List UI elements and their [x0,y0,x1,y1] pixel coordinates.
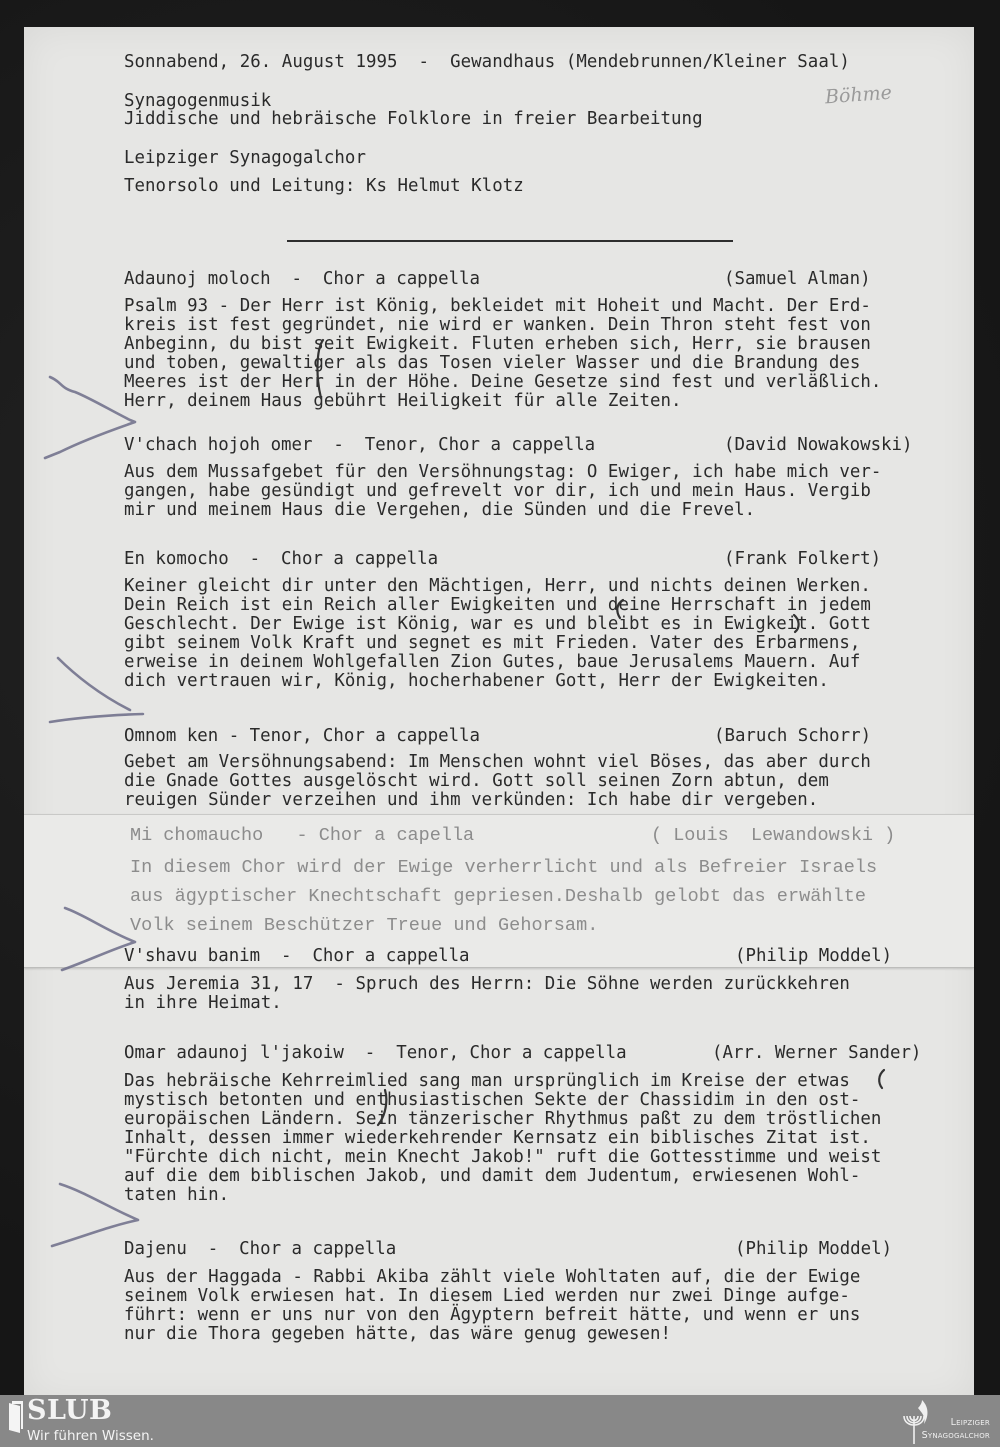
separator-rule [287,240,733,242]
piece-heading: Adaunoj moloch - Chor a cappella(Samuel … [124,269,964,291]
piece-description-line: Volk seinem Beschützer Treue und Gehorsa… [130,911,598,940]
collection-name: Leipziger Synagogalchor [922,1416,990,1442]
piece-description-line: taten hin. [124,1186,229,1205]
piece-composer: ( Louis Lewandowski ) [651,825,895,846]
piece-description-line: Aus dem Mussafgebet für den Versöhnungst… [124,463,881,482]
piece-title: V'shavu banim - Chor a cappella [124,946,470,966]
piece-description-line: Dein Reich ist ein Reich aller Ewigkeite… [124,596,871,615]
piece-description-line: Anbeginn, du bist seit Ewigkeit. Fluten … [124,335,871,354]
piece-heading: Dajenu - Chor a cappella(Philip Moddel) [124,1239,964,1261]
piece-description-line: Geschlecht. Der Ewige ist König, war es … [124,615,871,634]
piece-description-line: In diesem Chor wird der Ewige verherrlic… [130,853,877,882]
piece-description-line: nur die Thora gegeben hätte, das wäre ge… [124,1325,671,1344]
piece-composer: (Arr. Werner Sander) [712,1043,921,1063]
piece-description-line: "Fürchte dich nicht, mein Knecht Jakob!"… [124,1148,881,1167]
piece-description-line: führt: wenn er uns nur von den Ägyptern … [124,1306,860,1325]
piece-title: Dajenu - Chor a cappella [124,1239,396,1259]
piece-description-line: in ihre Heimat. [124,994,282,1013]
collection-name-line2: Synagogalchor [922,1429,990,1442]
piece-description-line: Keiner gleicht dir unter den Mächtigen, … [124,577,871,596]
piece-description-line: Inhalt, dessen immer wiederkehrender Ker… [124,1129,871,1148]
piece-description-line: Psalm 93 - Der Herr ist König, bekleidet… [124,297,871,316]
piece-description-line: mir und meinem Haus die Vergehen, die Sü… [124,501,755,520]
viewer-footer: SLUB Wir führen Wissen. Leipziger Synago… [0,1395,1000,1447]
library-name[interactable]: SLUB [27,1395,112,1426]
piece-heading: En komocho - Chor a cappella(Frank Folke… [124,549,964,571]
piece-composer: (Samuel Alman) [724,269,871,289]
piece-description-line: Aus Jeremia 31, 17 - Spruch des Herrn: D… [124,975,850,994]
piece-description-line: mystisch betonten und enthusiastischen S… [124,1091,860,1110]
piece-heading: Omar adaunoj l'jakoiw - Tenor, Chor a ca… [124,1043,964,1065]
piece-title: V'chach hojoh omer - Tenor, Chor a cappe… [124,435,595,455]
piece-description-line: aus ägyptischer Knechtschaft gepriesen.D… [130,882,866,911]
date-venue: Sonnabend, 26. August 1995 - Gewandhaus … [124,53,850,72]
piece-description-line: dich vertrauen wir, König, hocherhabener… [124,672,829,691]
piece-description-line: die Gnade Gottes ausgelöscht wird. Gott … [124,772,829,791]
piece-description-line: gangen, habe gesündigt und gefrevelt vor… [124,482,871,501]
piece-description-line: erweise in deinem Wohlgefallen Zion Gute… [124,653,860,672]
piece-description-line: Aus der Haggada - Rabbi Akiba zählt viel… [124,1268,860,1287]
piece-description-line: reuigen Sünder verzeihen und ihm verkünd… [124,791,818,810]
piece-composer: (Frank Folkert) [724,549,881,569]
piece-heading: V'shavu banim - Chor a cappella(Philip M… [124,946,964,968]
piece-title: Omnom ken - Tenor, Chor a cappella [124,726,480,746]
piece-title: En komocho - Chor a cappella [124,549,438,569]
piece-heading: Omnom ken - Tenor, Chor a cappella(Baruc… [124,726,964,748]
open-book-icon [8,1400,24,1434]
piece-description-line: Gebet am Versöhnungsabend: Im Menschen w… [124,753,871,772]
piece-composer: (Philip Moddel) [735,1239,892,1259]
piece-description-line: gibt seinem Volk Kraft und segnet es mit… [124,634,860,653]
piece-title: Mi chomaucho - Chor a capella [130,825,474,846]
piece-heading: V'chach hojoh omer - Tenor, Chor a cappe… [124,435,964,457]
piece-composer: (Philip Moddel) [735,946,892,966]
direction-credit: Tenorsolo und Leitung: Ks Helmut Klotz [124,177,524,196]
piece-heading: Mi chomaucho - Chor a capella( Louis Lew… [124,825,964,847]
piece-description-line: Meeres ist der Herr in der Höhe. Deine G… [124,373,881,392]
library-tagline: Wir führen Wissen. [27,1428,154,1444]
piece-title: Omar adaunoj l'jakoiw - Tenor, Chor a ca… [124,1043,627,1063]
piece-title: Adaunoj moloch - Chor a cappella [124,269,480,289]
piece-description-line: auf die dem biblischen Jakob, und damit … [124,1167,860,1186]
collection-name-line1: Leipziger [922,1416,990,1429]
piece-composer: (David Nowakowski) [724,435,912,455]
piece-description-line: europäischen Ländern. Sein tänzerischer … [124,1110,881,1129]
piece-description-line: Herr, deinem Haus gebührt Heiligkeit für… [124,392,682,411]
piece-description-line: und toben, gewaltiger als das Tosen viel… [124,354,860,373]
piece-description-line: kreis ist fest gegründet, nie wird er wa… [124,316,871,335]
piece-description-line: Das hebräische Kehrreimlied sang man urs… [124,1072,850,1091]
piece-description-line: seinem Volk erwiesen hat. In diesem Lied… [124,1287,850,1306]
piece-composer: (Baruch Schorr) [714,726,871,746]
ensemble-name: Leipziger Synagogalchor [124,149,366,168]
program-subtitle: Jiddische und hebräische Folklore in fre… [124,110,703,129]
handwritten-note: Böhme [824,82,892,109]
